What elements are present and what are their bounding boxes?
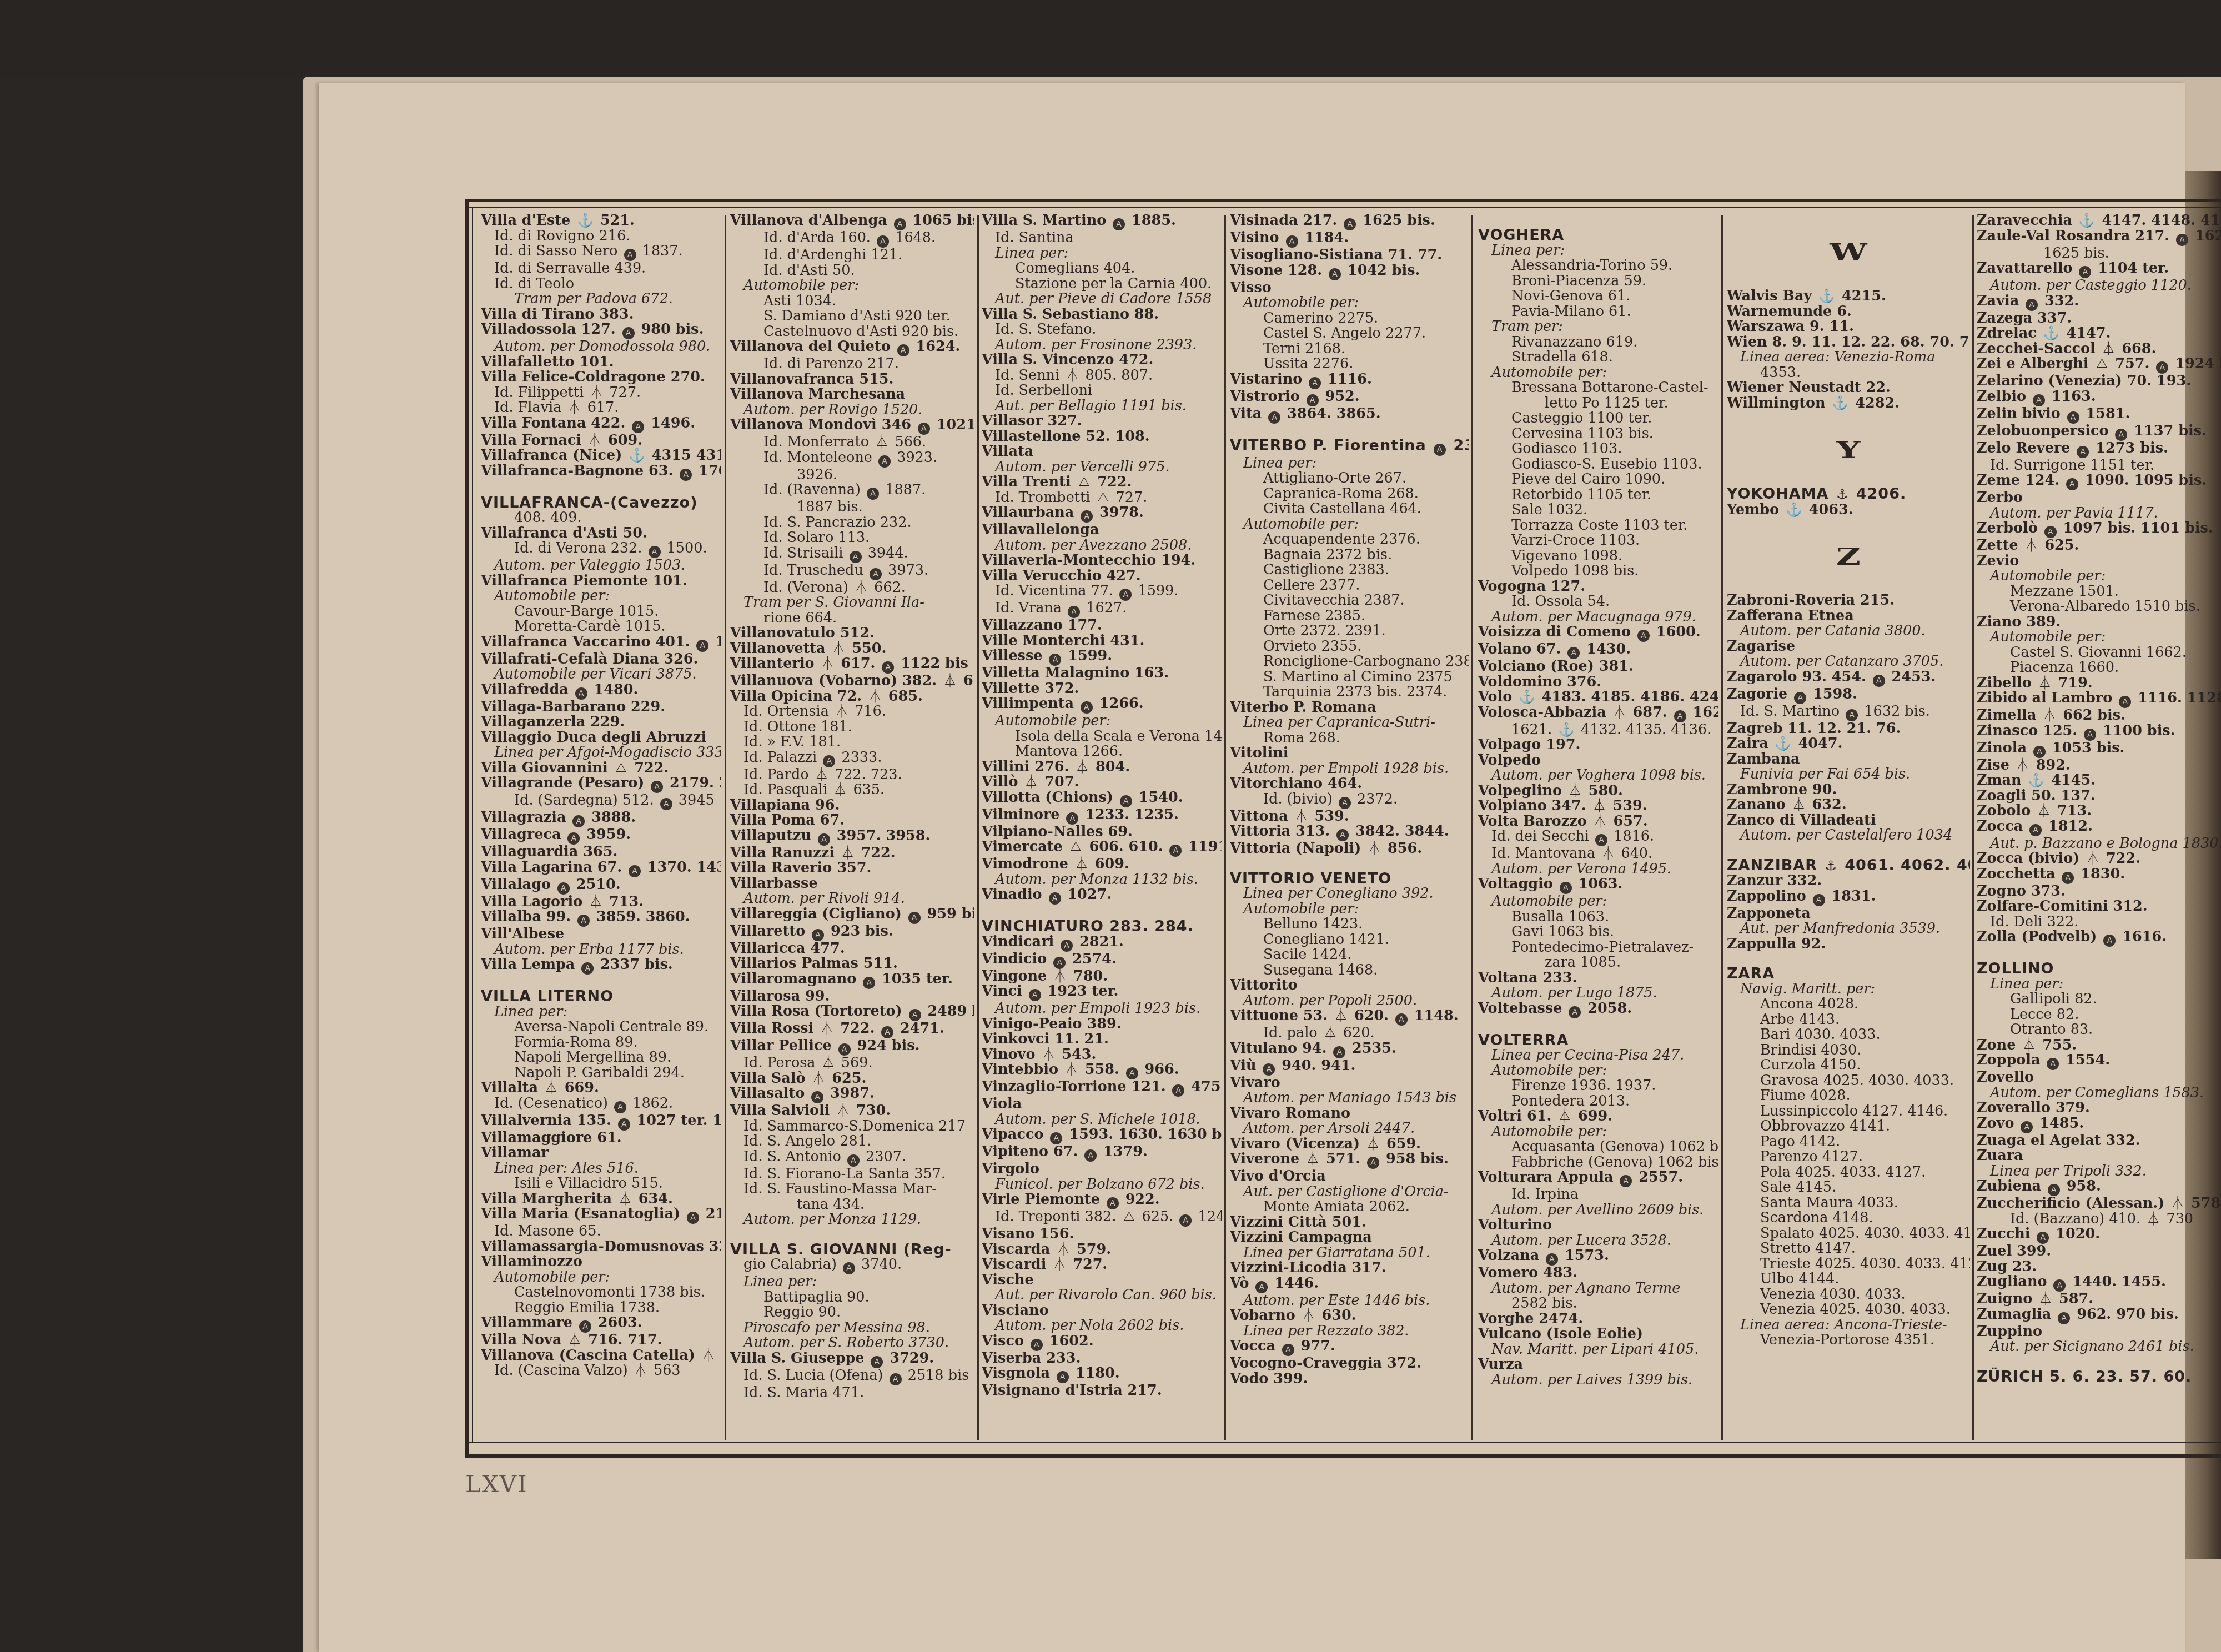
index-entry: Id. Vicentina 77. A 1599. [982, 584, 1222, 601]
index-entry: Autom. per Avellino 2609 bis. [1478, 1203, 1718, 1218]
index-entry: Villini 276. ⏃ 804. [982, 760, 1222, 775]
column-divider [1972, 215, 1974, 1440]
tram-bell-icon: ⏃ [2147, 1212, 2160, 1227]
index-entry: Villafranca Vaccarino 401. A 1460 [481, 635, 721, 652]
index-entry: Id. di Sasso Nero A 1837. [481, 244, 721, 261]
column-divider [1224, 215, 1226, 1440]
index-entry: Zogno 373. [1977, 884, 2221, 900]
index-entry: Casteggio 1100 ter. [1478, 411, 1718, 426]
index-entry: Autom. per Verona 1495. [1478, 862, 1718, 877]
index-entry: Villa Nova ⏃ 716. 717. [481, 1333, 721, 1348]
index-entry: Zise ⏃ 892. [1977, 758, 2221, 774]
automobile-icon: A [557, 882, 570, 895]
tram-bell-icon: ⏃ [943, 674, 957, 689]
city-heading: ZOLLINO [1977, 961, 2221, 977]
index-entry: Vivo d'Orcia [1230, 1169, 1469, 1184]
index-entry: Zolla (Podvelb) A 1616. [1977, 930, 2221, 947]
index-entry: Vobarno ⏃ 630. [1230, 1308, 1469, 1324]
tram-bell-icon: ⏃ [1097, 490, 1110, 506]
index-entry: Volpiano 347. ⏃ 539. [1478, 799, 1718, 814]
automobile-icon: A [2026, 299, 2038, 311]
index-entry: Yembo ⚓ 4063. [1727, 503, 1970, 518]
automobile-icon: A [890, 1373, 902, 1385]
index-entry: Villa Fornaci ⏃ 609. [481, 433, 721, 449]
index-entry: Vinzaglio-Torrione 121. A 475 ter [982, 1079, 1222, 1097]
index-entry: Vittoria (Napoli) ⏃ 856. [1230, 841, 1469, 857]
index-entry: Viù A 940. 941. [1230, 1058, 1469, 1076]
automobile-icon: A [1050, 1132, 1062, 1144]
index-entry: Zinasco 125. A 1100 bis. [1977, 724, 2221, 741]
index-entry: Id. Ossola 54. [1478, 594, 1718, 610]
index-entry: Firenze 1936. 1937. [1478, 1078, 1718, 1094]
index-entry: Zevio [1977, 554, 2221, 569]
index-entry: Sale 1032. [1478, 503, 1718, 518]
index-entry: Villar Pellice A 924 bis. [730, 1038, 974, 1056]
index-entry: Ziano 389. [1977, 615, 2221, 630]
automobile-icon: A [1113, 218, 1125, 230]
index-entry: Zerbo [1977, 490, 2221, 506]
index-entry: Zovello [1977, 1070, 2221, 1086]
automobile-icon: A [1049, 892, 1061, 905]
index-entry: Villanovafranca 515. [730, 372, 974, 388]
index-entry: Linea per Afgoi-Mogadiscio 333. [481, 745, 721, 761]
index-entry: Voisizza di Comeno A 1600. [1478, 625, 1718, 642]
automobile-icon: A [1620, 1175, 1632, 1187]
index-entry: Zambana [1727, 752, 1970, 767]
index-entry: Linea per: [1230, 456, 1469, 471]
index-entry: Vomero 483. [1478, 1266, 1718, 1281]
automobile-icon: A [2079, 266, 2091, 278]
index-entry: Villetta Malagnino 163. [982, 666, 1222, 681]
index-entry: Id. Senni ⏃ 805. 807. [982, 368, 1222, 384]
index-entry: Vilminore A 1233. 1235. [982, 807, 1222, 825]
index-entry: Varzi-Croce 1103. [1478, 533, 1718, 549]
index-entry: Zaule-Val Rosandra 217. A 1624. [1977, 229, 2221, 246]
index-entry: Ville Monterchi 431. [982, 634, 1222, 649]
ship-icon: ⚓ [2043, 326, 2060, 342]
index-entry: Autom. per Agnano Terme [1478, 1281, 1718, 1297]
index-entry: Monte Amiata 2062. [1230, 1199, 1469, 1215]
automobile-icon: A [863, 977, 875, 989]
index-entry: Id. (Sardegna) 512. A 3945 [481, 793, 721, 810]
index-entry: Villareggia (Cigliano) A 959 bis. [730, 907, 974, 924]
index-entry: Autom. per Este 1446 bis. [1230, 1293, 1469, 1309]
index-entry: Zaravecchia ⚓ 4147. 4148. 4149. [1977, 213, 2221, 229]
index-entry: Linea per Cecina-Pisa 247. [1478, 1048, 1718, 1063]
index-entry: Zappulla 92. [1727, 937, 1970, 952]
index-entry: Vorghe 2474. [1478, 1312, 1718, 1327]
index-entry: Isola della Scala e Verona 1498. [982, 729, 1222, 745]
index-entry: Vipiteno 67. A 1379. [982, 1144, 1222, 1162]
automobile-icon: A [1057, 1371, 1069, 1383]
automobile-icon: A [2062, 872, 2074, 884]
tram-bell-icon: ⏃ [1306, 1152, 1319, 1167]
tram-bell-icon: ⏃ [2095, 356, 2108, 372]
index-entry: Volano 67. A 1430. [1478, 642, 1718, 659]
index-entry: Villadossola 127. A 980 bis. [481, 322, 721, 339]
index-entry: Id. Deli 322. [1977, 915, 2221, 930]
tram-bell-icon: ⏃ [820, 1021, 833, 1037]
index-column-3: Villa S. Martino A 1885.Id. SantinaLinea… [982, 213, 1222, 1440]
automobile-icon: A [651, 781, 663, 793]
index-entry: Visano 156. [982, 1227, 1222, 1242]
index-entry: Zobolo ⏃ 713. [1977, 804, 2221, 819]
index-entry: Autom. per Catanzaro 3705. [1727, 654, 1970, 670]
index-entry: Automobile per: [1478, 1124, 1718, 1140]
index-entry: Battipaglia 90. [730, 1290, 974, 1305]
tram-bell-icon: ⏃ [855, 580, 868, 596]
automobile-icon: A [2021, 1121, 2033, 1133]
index-entry: Autom. per Valeggio 1503. [481, 558, 721, 574]
index-entry: Automobile per Vicari 3875. [481, 667, 721, 682]
automobile-icon: A [1595, 834, 1607, 846]
index-entry: Vodo 399. [1230, 1372, 1469, 1387]
automobile-icon: A [843, 1262, 855, 1274]
index-entry: Fabbriche (Genova) 1062 bis. [1478, 1155, 1718, 1171]
tram-bell-icon: ⏃ [1122, 1209, 1135, 1225]
automobile-icon: A [812, 929, 824, 941]
automobile-icon: A [2029, 824, 2042, 836]
index-entry: Zazega 337. [1977, 311, 2221, 327]
index-entry: Villalba 99. A 3859. 3860. [481, 910, 721, 927]
automobile-icon: A [1120, 795, 1132, 807]
ship-icon: ⚓ [1832, 396, 1849, 411]
index-entry: Vittona ⏃ 539. [1230, 809, 1469, 825]
index-entry: Stradella 618. [1478, 350, 1718, 365]
index-entry: Villimpenta A 1266. [982, 696, 1222, 714]
index-entry: Villamar [481, 1146, 721, 1161]
tram-bell-icon: ⏃ [1077, 475, 1091, 490]
index-entry: 3926. [730, 468, 974, 483]
index-entry: Id. Surrigone 1151 ter. [1977, 458, 2221, 474]
index-entry: Bagnaia 2372 bis. [1230, 548, 1469, 563]
index-entry: Villa Verucchio 427. [982, 569, 1222, 584]
ship-icon: ⚓ [1836, 487, 1849, 503]
column-divider [1471, 215, 1473, 1440]
automobile-icon: A [811, 1091, 823, 1103]
index-entry: Villafranca (Nice) ⚓ 4315 4317. [481, 448, 721, 464]
automobile-icon: A [1263, 1063, 1275, 1076]
index-entry: Vigevano 1098. [1478, 549, 1718, 564]
index-entry: Linea aerea: Venezia-Roma [1727, 350, 1970, 365]
automobile-icon: A [1031, 1339, 1043, 1351]
section-letter: W [1727, 239, 1970, 267]
index-entry: Aut. p. Bazzano e Bologna 1830. [1977, 836, 2221, 852]
index-entry: Belluno 1423. [1230, 917, 1469, 932]
index-entry: Ronciglione-Carbognano 2388. [1230, 654, 1469, 670]
automobile-icon: A [894, 218, 906, 230]
index-entry: Ussita 2276. [1230, 356, 1469, 372]
index-entry: Autom. per Empoli 1928 bis. [1230, 761, 1469, 777]
index-entry: Sale 4145. [1727, 1180, 1970, 1196]
index-entry: Bressana Bottarone-Castel- [1478, 380, 1718, 396]
index-entry: Willmington ⚓ 4282. [1727, 396, 1970, 411]
tram-bell-icon: ⏃ [1324, 1026, 1337, 1041]
index-entry: Bari 4030. 4033. [1727, 1027, 1970, 1043]
index-entry: Autom. per Casteggio 1120. [1977, 278, 2221, 294]
index-entry: Villa Raverio 357. [730, 861, 974, 876]
index-entry: Gallipoli 82. [1977, 992, 2221, 1007]
index-entry: Linea per Capranica-Sutri- [1230, 715, 1469, 731]
index-entry: Autom. per Pavia 1117. [1977, 506, 2221, 521]
index-entry: Autom. per Erba 1177 bis. [481, 942, 721, 958]
index-entry: Zimella ⏃ 662 bis. [1977, 708, 2221, 724]
index-entry: Vurza [1478, 1357, 1718, 1373]
index-entry: Viscarda ⏃ 579. [982, 1242, 1222, 1258]
index-entry: Isili e Villacidro 515. [481, 1176, 721, 1192]
tram-bell-icon: ⏃ [1302, 1308, 1315, 1324]
index-entry: Autom. per Nola 2602 bis. [982, 1318, 1222, 1334]
automobile-icon: A [1344, 218, 1356, 230]
tram-bell-icon: ⏃ [590, 385, 603, 401]
index-entry: Id. (Cesenatico) A 1862. [481, 1096, 721, 1113]
city-heading: VOLTERRA [1478, 1033, 1718, 1048]
index-entry: Aut. per Rivarolo Can. 960 bis. [982, 1288, 1222, 1303]
index-entry: Vizzini-Licodia 317. [1230, 1261, 1469, 1276]
index-entry: Zeme 124. A 1090. 1095 bis. [1977, 473, 2221, 490]
index-entry: Autom. per S. Roberto 3730. [730, 1335, 974, 1351]
automobile-icon: A [1066, 812, 1078, 825]
index-entry: Civita Castellana 464. [1230, 501, 1469, 517]
index-entry: Automobile per: [1478, 365, 1718, 381]
index-entry: Pieve del Cairo 1090. [1478, 472, 1718, 488]
index-entry: Zumaglia A 962. 970 bis. [1977, 1307, 2221, 1324]
index-entry: Broni-Piacenza 59. [1478, 274, 1718, 289]
index-entry: Vò A 1446. [1230, 1276, 1469, 1293]
index-entry: Reggio 90. [730, 1305, 974, 1320]
index-entry: Novi-Genova 61. [1478, 289, 1718, 304]
index-entry: Id. Sammarco-S.Domenica 217 [730, 1119, 974, 1134]
index-entry: Stretto 4147. [1727, 1241, 1970, 1257]
index-entry: Volta Barozzo ⏃ 657. [1478, 814, 1718, 830]
index-entry: Voldomino 376. [1478, 675, 1718, 690]
tram-bell-icon: ⏃ [1076, 760, 1089, 775]
tram-bell-icon: ⏃ [821, 656, 834, 672]
tram-bell-icon: ⏃ [1069, 840, 1083, 855]
index-entry: Id. Flavia ⏃ 617. [481, 400, 721, 416]
index-entry: Villagreca A 3959. [481, 827, 721, 845]
index-entry: Volzana A 1573. [1478, 1248, 1718, 1266]
index-entry: Linea per: Ales 516. [481, 1161, 721, 1177]
index-entry: Id. d'Arda 160. A 1648. [730, 230, 974, 248]
dark-background [0, 0, 2221, 78]
index-entry: Villanuova (Vobarno) 382. ⏃ 625 [730, 674, 974, 689]
index-entry: Mantova 1266. [982, 744, 1222, 760]
index-entry: Vindicari A 2821. [982, 935, 1222, 952]
index-entry: Castiglione 2383. [1230, 563, 1469, 578]
tram-bell-icon: ⏃ [1569, 784, 1582, 799]
index-entry: Villa Salvioli ⏃ 730. [730, 1103, 974, 1119]
index-entry: Vivaro (Vicenza) ⏃ 659. [1230, 1137, 1469, 1152]
index-entry: Vogogna 127. [1478, 579, 1718, 595]
index-entry: Id. di Serravalle 439. [481, 261, 721, 277]
index-entry: Id. d'Asti 50. [730, 263, 974, 279]
index-entry: Villata [982, 444, 1222, 460]
index-entry: Villasalto A 3987. [730, 1086, 974, 1103]
automobile-icon: A [2156, 361, 2168, 374]
index-entry: Vizzini Città 501. [1230, 1215, 1469, 1231]
index-entry: Venezia-Portorose 4351. [1727, 1333, 1970, 1348]
automobile-icon: A [629, 865, 641, 877]
index-entry: Id. Solaro 113. [730, 530, 974, 546]
index-entry: Visone 128. A 1042 bis. [1230, 263, 1469, 280]
tram-bell-icon: ⏃ [836, 1103, 850, 1119]
index-entry: 1887 bis. [730, 500, 974, 515]
automobile-icon: A [1268, 411, 1280, 424]
index-entry: Id. Monferrato ⏃ 566. [730, 435, 974, 450]
index-entry: Volpedo 1098 bis. [1478, 564, 1718, 579]
index-entry: Villarbasse [730, 876, 974, 892]
index-entry: Zolfare-Comitini 312. [1977, 899, 2221, 915]
index-entry: Id. Serbelloni [982, 383, 1222, 399]
index-entry: Pola 4025. 4033. 4127. [1727, 1165, 1970, 1181]
index-entry: Id. Treponti 382. ⏃ 625. A 1243 [982, 1209, 1222, 1227]
index-entry: rione 664. [730, 611, 974, 626]
index-entry: Automobile per: [481, 589, 721, 604]
city-heading: VILLA LITERNO [481, 989, 721, 1005]
index-entry: Linea aerea: Ancona-Trieste- [1727, 1318, 1970, 1333]
index-entry: Napoli P. Garibaldi 294. [481, 1066, 721, 1081]
index-entry: Aut. per Sicignano 2461 bis. [1977, 1339, 2221, 1355]
ship-icon: ⚓ [2028, 773, 2045, 789]
index-entry: Id. d'Ardenghi 121. [730, 248, 974, 263]
index-entry: Villastellone 52. 108. [982, 429, 1222, 445]
city-heading: VOGHERA [1478, 228, 1718, 243]
index-entry: Id. S. Fiorano-La Santa 357. [730, 1167, 974, 1182]
automobile-icon: A [1029, 989, 1041, 1001]
index-entry: Villamaggiore 61. [481, 1131, 721, 1146]
index-entry: Villotta (Chions) A 1540. [982, 790, 1222, 807]
index-entry: Id. di Teolo [481, 277, 721, 292]
index-entry: Pago 4142. [1727, 1134, 1970, 1150]
index-entry: Automobile per: [1977, 569, 2221, 584]
index-entry: Id. Perosa ⏃ 569. [730, 1056, 974, 1071]
index-entry: Susegana 1468. [1230, 963, 1469, 978]
automobile-icon: A [818, 833, 830, 846]
automobile-icon: A [2053, 1279, 2066, 1292]
index-entry: Villa Opicina 72. ⏃ 685. [730, 689, 974, 705]
index-entry: Zuccherificio (Alessan.) ⏃ 578. 581 [1977, 1196, 2221, 1212]
index-entry: 2582 bis. [1478, 1296, 1718, 1312]
index-entry: Zappolino A 1831. [1727, 889, 1970, 906]
index-entry: Zocca A 1812. [1977, 819, 2221, 836]
index-entry: Curzola 4150. [1727, 1058, 1970, 1073]
index-entry: Automobile per: [1230, 295, 1469, 311]
index-entry: 408. 409. [481, 510, 721, 526]
index-entry: Wiener Neustadt 22. [1727, 380, 1970, 396]
index-entry: Zoverallo 379. [1977, 1101, 2221, 1116]
index-entry: Zanzur 332. [1727, 873, 1970, 889]
index-entry: Voltebasse A 2058. [1478, 1001, 1718, 1018]
index-entry: Automobile per: [1230, 517, 1469, 533]
index-entry: Rivanazzano 619. [1478, 335, 1718, 350]
index-entry: Autom. per Avezzano 2508. [982, 538, 1222, 554]
index-column-2: Villanova d'Albenga A 1065 bis.Id. d'Ard… [730, 213, 974, 1440]
index-entry: Villaromagnano A 1035 ter. [730, 972, 974, 989]
tram-bell-icon: ⏃ [1792, 797, 1806, 813]
index-entry: Vita A 3864. 3865. [1230, 406, 1469, 424]
index-entry: Busalla 1063. [1478, 910, 1718, 925]
index-entry: Fiume 4028. [1727, 1088, 1970, 1104]
automobile-icon: A [1560, 882, 1572, 894]
index-entry: Automobile per: [1230, 902, 1469, 917]
index-entry: Vivaro [1230, 1076, 1469, 1091]
index-entry: Mezzane 1501. [1977, 584, 2221, 600]
tram-bell-icon: ⏃ [2171, 1196, 2184, 1212]
automobile-icon: A [624, 249, 636, 261]
index-entry: Vimodrone ⏃ 609. [982, 857, 1222, 872]
automobile-icon: A [660, 798, 672, 810]
automobile-icon: A [2066, 478, 2078, 490]
automobile-icon: A [1339, 797, 1351, 809]
index-entry: Obbrovazzo 4141. [1727, 1119, 1970, 1134]
index-entry: Autom. per Monza 1132 bis. [982, 872, 1222, 888]
automobile-icon: A [909, 1009, 921, 1021]
index-entry: Vimercate ⏃ 606. 610. A 1191. [982, 840, 1222, 857]
automobile-icon: A [1434, 444, 1446, 456]
index-entry: Scardona 4148. [1727, 1211, 1970, 1226]
tram-bell-icon: ⏃ [2043, 708, 2056, 724]
index-entry: Id. S. Maria 471. [730, 1385, 974, 1401]
tram-bell-icon: ⏃ [619, 1192, 632, 1207]
index-entry: Villò ⏃ 707. [982, 775, 1222, 790]
index-column-7: Zaravecchia ⚓ 4147. 4148. 4149.Zaule-Val… [1977, 213, 2221, 1440]
index-entry: Zagarise [1727, 639, 1970, 655]
index-entry: Vittoria 313. A 3842. 3844. [1230, 824, 1469, 841]
automobile-icon: A [871, 1356, 883, 1368]
index-entry: Zelin bivio A 1581. [1977, 406, 2221, 424]
index-entry: Capranica-Roma 268. [1230, 486, 1469, 502]
automobile-icon: A [847, 1154, 860, 1167]
index-entry: Villafrati-Cefalà Diana 326. [481, 652, 721, 667]
index-entry: Villafredda A 1480. [481, 682, 721, 700]
index-entry: Virgolo [982, 1162, 1222, 1177]
automobile-icon: A [1309, 377, 1321, 389]
tram-bell-icon: ⏃ [1594, 814, 1607, 830]
tram-bell-icon: ⏃ [702, 1348, 715, 1364]
index-entry: Automobile per: [982, 714, 1222, 729]
index-entry: Zugliano A 1440. 1455. [1977, 1274, 2221, 1292]
automobile-icon: A [622, 327, 635, 339]
automobile-icon: A [687, 1212, 699, 1224]
automobile-icon: A [1873, 675, 1885, 687]
index-entry: Villafalletto 101. [481, 355, 721, 370]
tram-bell-icon: ⏃ [589, 895, 602, 910]
automobile-icon: A [1637, 630, 1650, 642]
ship-icon: ⚓ [2079, 213, 2096, 229]
index-entry: Viola [982, 1097, 1222, 1112]
index-entry: Villa Ranuzzi ⏃ 722. [730, 846, 974, 861]
index-entry: Villanovetta ⏃ 550. [730, 641, 974, 657]
index-entry: Id. S. Lucia (Ofena) A 2518 bis [730, 1368, 974, 1385]
automobile-icon: A [2115, 429, 2127, 441]
tram-bell-icon: ⏃ [588, 433, 601, 449]
index-entry: Voltaggio A 1063. [1478, 877, 1718, 894]
index-entry: Linea per Giarratana 501. [1230, 1246, 1469, 1261]
index-entry: Id. S. Faustino-Massa Mar- [730, 1182, 974, 1197]
index-entry: Cavour-Barge 1015. [481, 604, 721, 620]
index-entry: Tram per: [1478, 319, 1718, 335]
automobile-icon: A [2058, 1312, 2070, 1324]
index-entry: Id. di Parenzo 217. [730, 356, 974, 372]
index-entry: Vittuone 53. ⏃ 620. A 1148. [1230, 1008, 1469, 1026]
index-entry: Visogliano-Sistiana 71. 77. [1230, 248, 1469, 263]
automobile-icon: A [1567, 647, 1580, 659]
index-entry: Villarosa 99. [730, 989, 974, 1005]
automobile-icon: A [870, 568, 882, 580]
index-entry: Zibido al Lambro A 1116. 1128. [1977, 691, 2221, 708]
automobile-icon: A [838, 1043, 851, 1056]
